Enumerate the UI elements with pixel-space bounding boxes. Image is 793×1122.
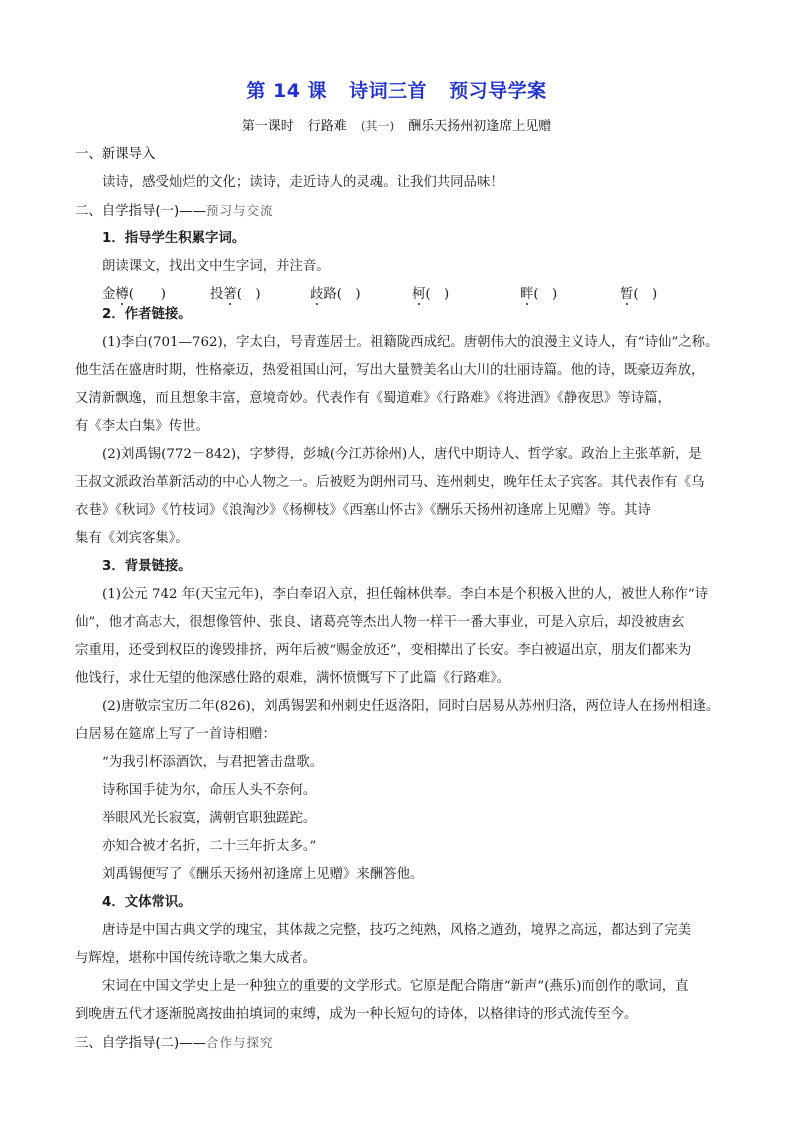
section-heading-1: 一、新课导入 — [75, 147, 725, 163]
lesson-name: 诗词三首 — [349, 80, 427, 102]
item-heading-1: 1．指导学生积累字词。 — [102, 231, 752, 247]
genre-tang-line: 唐诗是中国古典文学的瑰宝，其体裁之完整，技巧之纯熟，风格之遒劲，境界之高远，都达… — [102, 923, 752, 939]
class-period: 第一课时 — [242, 119, 294, 134]
genre-tang-line: 与辉煌，堪称中国传统诗歌之集大成者。 — [75, 951, 725, 967]
vocab-item: 歧路( ) — [310, 283, 361, 302]
section-heading-3: 三、自学指导(二)——合作与探究 — [75, 1035, 725, 1052]
lesson-type: 预习导学案 — [449, 80, 547, 102]
poem-line: 举眼风光长寂寞，满朝官职独蹉跎。 — [102, 811, 752, 827]
author-liu-yuxi-line: 集有《刘宾客集》。 — [75, 531, 725, 547]
vocab-item: 畔( ) — [520, 283, 557, 302]
author-liu-yuxi-line: (2)刘禹锡(772－842)，字梦得，彭城(今江苏徐州)人，唐代中期诗人、哲学… — [102, 447, 752, 463]
genre-song-line: 宋词在中国文学史上是一种独立的重要的文学形式。它原是配合隋唐“新声”(燕乐)而创… — [102, 979, 752, 995]
author-liu-yuxi-line: 衣巷》《秋词》《竹枝词》《浪淘沙》《杨柳枝》《西塞山怀古》《酬乐天扬州初逢席上见… — [75, 503, 725, 519]
poem-line: 亦知合被才名折，二十三年折太多。” — [102, 839, 752, 855]
author-li-bai-line: (1)李白(701—762)，字太白，号青莲居士。祖籍陇西成纪。唐朝伟大的浪漫主… — [102, 335, 725, 351]
background-2-conclusion: 刘禹锡便写了《酬乐天扬州初逢席上见赠》来酬答他。 — [102, 867, 752, 883]
poem-title-1: 行路难(其一) — [308, 119, 394, 134]
author-li-bai-line: 又清新飘逸，而且想象丰富，意境奇妙。代表作有《蜀道难》《行路难》《将进酒》《静夜… — [75, 391, 725, 407]
poem-title-2: 酬乐天扬州初逢席上见赠 — [408, 119, 551, 134]
genre-song-line: 到晚唐五代才逐渐脱离按曲拍填词的束缚，成为一种长短句的诗体，以格律诗的形式流传至… — [75, 1007, 725, 1023]
vocab-item: 投箸( ) — [210, 283, 261, 302]
page-subtitle: 第一课时行路难(其一)酬乐天扬州初逢席上见赠 — [0, 115, 793, 134]
background-1-line: 宗重用，还受到权臣的谗毁排挤，两年后被“赐金放还”，变相撵出了长安。李白被逼出京… — [75, 643, 725, 659]
author-li-bai-line: 有《李太白集》传世。 — [75, 419, 725, 435]
lesson-number: 第 14 课 — [246, 80, 327, 102]
background-1-line: 他饯行，求仕无望的他深感仕路的艰难，满怀愤慨写下了此篇《行路难》。 — [75, 671, 725, 687]
item-heading-2: 2．作者链接。 — [102, 307, 752, 323]
document-page: 第 14 课诗词三首预习导学案 第一课时行路难(其一)酬乐天扬州初逢席上见赠 一… — [0, 0, 793, 1122]
item-1-instruction: 朗读课文，找出文中生字词，并注音。 — [102, 259, 752, 275]
author-li-bai-line: 他生活在盛唐时期，性格豪迈，热爱祖国山河，写出大量赞美名山大川的壮丽诗篇。他的诗… — [75, 363, 725, 379]
vocab-item: 暂( ) — [620, 283, 657, 302]
vocab-item: 金樽( ) — [102, 283, 166, 302]
background-2-line: 白居易在筵席上写了一首诗相赠： — [75, 727, 725, 743]
item-heading-4: 4．文体常识。 — [102, 895, 752, 911]
item-heading-3: 3．背景链接。 — [102, 559, 752, 575]
background-1-line: (1)公元 742 年(天宝元年)，李白奉诏入京，担任翰林供奉。李白本是个积极入… — [102, 587, 752, 603]
vocab-item: 柯( ) — [412, 283, 449, 302]
author-liu-yuxi-line: 王叔文派政治革新活动的中心人物之一。后被贬为朗州司马、连州刺史，晚年任太子宾客。… — [75, 475, 725, 491]
poem-line: “为我引杯添酒饮，与君把箸击盘歌。 — [102, 755, 752, 771]
poem-line: 诗称国手徒为尔，命压人头不奈何。 — [102, 783, 752, 799]
vocab-list: 金樽( ) 投箸( ) 歧路( ) 柯( ) 畔( ) 暂( ) — [102, 283, 702, 301]
intro-text: 读诗，感受灿烂的文化；读诗，走近诗人的灵魂。让我们共同品味！ — [102, 175, 752, 191]
background-1-line: 仙”，他才高志大，很想像管仲、张良、诸葛亮等杰出人物一样干一番大事业，可是入京后… — [75, 615, 725, 631]
section-heading-2: 二、自学指导(一)——预习与交流 — [75, 203, 725, 220]
background-2-line: (2)唐敬宗宝历二年(826)，刘禹锡罢和州刺史任返洛阳，同时白居易从苏州归洛，… — [102, 699, 752, 715]
page-title: 第 14 课诗词三首预习导学案 — [0, 76, 793, 103]
